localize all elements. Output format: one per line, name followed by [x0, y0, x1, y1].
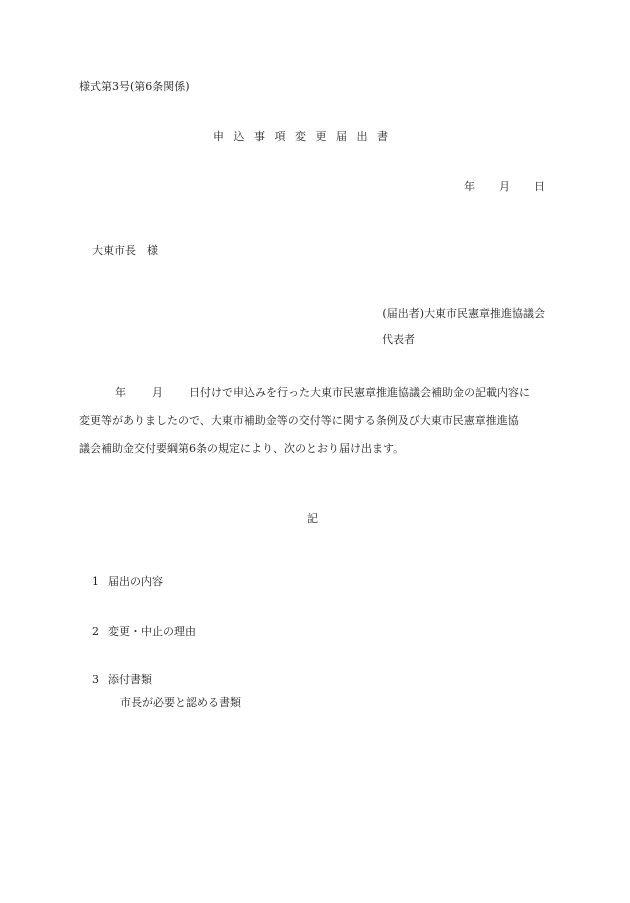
form-number: 様式第3号(第6条関係)	[79, 81, 190, 92]
item-label: 届出の内容	[108, 575, 163, 588]
body-line-1-text: 日付けで申込みを行った大東市民憲章推進協議会補助金の記載内容に	[189, 386, 530, 399]
date-year-label: 年	[464, 181, 475, 192]
item-number: 1	[92, 576, 108, 587]
document-title: 申込事項変更届出書	[213, 131, 398, 142]
date-day-label: 日	[534, 181, 545, 192]
item-attachments-detail: 市長が必要と認める書類	[120, 697, 241, 708]
body-year-label: 年	[115, 386, 126, 399]
date-line: 年月日	[464, 181, 545, 192]
body-month-label: 月	[152, 386, 163, 399]
body-paragraph-line-1: 年月日付けで申込みを行った大東市民憲章推進協議会補助金の記載内容に	[79, 387, 549, 398]
body-paragraph-line-3: 議会補助金交付要綱第6条の規定により、次のとおり届け出ます。	[79, 443, 549, 454]
item-label: 変更・中止の理由	[108, 625, 196, 638]
applicant-representative: 代表者	[382, 334, 415, 345]
item-number: 3	[92, 674, 108, 685]
body-paragraph-line-2: 変更等がありましたので、大東市補助金等の交付等に関する条例及び大東市民憲章推進協	[79, 415, 549, 426]
date-month-label: 月	[499, 181, 510, 192]
addressee: 大東市長 様	[92, 245, 158, 256]
item-notification-content: 1届出の内容	[92, 576, 163, 587]
ki-heading: 記	[307, 513, 318, 524]
item-number: 2	[92, 626, 108, 637]
item-attachments: 3添付書類	[92, 674, 152, 685]
item-label: 添付書類	[108, 673, 152, 686]
item-change-reason: 2変更・中止の理由	[92, 626, 196, 637]
applicant-organization: (届出者)大東市民憲章推進協議会	[382, 308, 545, 319]
